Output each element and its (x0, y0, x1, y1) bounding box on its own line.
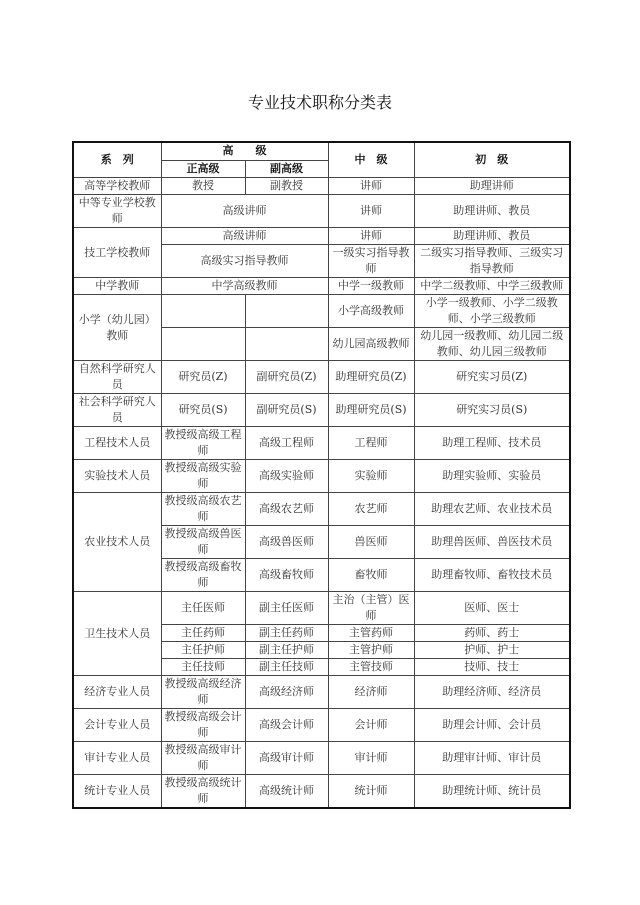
intermediate-cell: 审计师 (328, 742, 414, 775)
senior-deputy-cell: 高级实验师 (245, 460, 328, 493)
series-cell: 卫生技术人员 (73, 592, 161, 676)
series-cell: 中学教师 (73, 278, 161, 295)
table-row: 工程技术人员 教授级高级工程师 高级工程师 工程师 助理工程师、技术员 (73, 427, 570, 460)
header-row: 系 列 高 级 中 级 初 级 (73, 142, 570, 160)
table-row: 实验技术人员 教授级高级实验师 高级实验师 实验师 助理实验师、实验员 (73, 460, 570, 493)
series-cell: 会计专业人员 (73, 709, 161, 742)
senior-full-cell: 主任护师 (161, 642, 245, 659)
intermediate-cell: 统计师 (328, 775, 414, 809)
header-senior-full: 正高级 (161, 160, 245, 178)
document-title: 专业技术职称分类表 (0, 90, 640, 113)
junior-cell: 幼儿园一级教师、幼儿园二级教师、幼儿园三级教师 (414, 328, 570, 361)
junior-cell: 助理讲师、教员 (414, 195, 570, 228)
junior-cell: 中学二级教师、中学三级教师 (414, 278, 570, 295)
title-classification-table: 系 列 高 级 中 级 初 级 正高级 副高级 高等学校教师 教授 副教授 讲师… (72, 141, 571, 809)
intermediate-cell: 经济师 (328, 676, 414, 709)
series-cell: 统计专业人员 (73, 775, 161, 809)
intermediate-cell: 一级实习指导教师 (328, 245, 414, 278)
junior-cell: 护师、护士 (414, 642, 570, 659)
senior-full-cell: 教授级高级畜牧师 (161, 559, 245, 592)
intermediate-cell: 小学高级教师 (328, 295, 414, 328)
senior-deputy-cell: 高级会计师 (245, 709, 328, 742)
table-row: 高等学校教师 教授 副教授 讲师 助理讲师 (73, 178, 570, 195)
senior-deputy-cell: 高级工程师 (245, 427, 328, 460)
senior-full-cell: 研究员(Z) (161, 361, 245, 394)
series-cell: 小学（幼儿园）教师 (73, 295, 161, 361)
table-row: 自然科学研究人员 研究员(Z) 副研究员(Z) 助理研究员(Z) 研究实习员(Z… (73, 361, 570, 394)
senior-full-cell: 教授级高级农艺师 (161, 493, 245, 526)
header-series: 系 列 (73, 142, 161, 178)
intermediate-cell: 主管护师 (328, 642, 414, 659)
series-cell: 高等学校教师 (73, 178, 161, 195)
series-cell: 技工学校教师 (73, 228, 161, 278)
senior-full-cell: 教授级高级经济师 (161, 676, 245, 709)
senior-cell: 高级讲师 (161, 228, 328, 245)
intermediate-cell: 讲师 (328, 195, 414, 228)
senior-full-cell: 研究员(S) (161, 394, 245, 427)
header-junior: 初 级 (414, 142, 570, 178)
senior-deputy-cell: 高级经济师 (245, 676, 328, 709)
intermediate-cell: 主治（主管）医师 (328, 592, 414, 625)
junior-cell: 助理讲师 (414, 178, 570, 195)
senior-cell: 高级讲师 (161, 195, 328, 228)
senior-deputy-cell: 高级兽医师 (245, 526, 328, 559)
header-senior-deputy: 副高级 (245, 160, 328, 178)
series-cell: 中等专业学校教师 (73, 195, 161, 228)
senior-deputy-cell: 副教授 (245, 178, 328, 195)
intermediate-cell: 会计师 (328, 709, 414, 742)
table-row: 会计专业人员 教授级高级会计师 高级会计师 会计师 助理会计师、会计员 (73, 709, 570, 742)
senior-full-cell: 教授级高级兽医师 (161, 526, 245, 559)
junior-cell: 研究实习员(S) (414, 394, 570, 427)
table-row: 农业技术人员 教授级高级农艺师 高级农艺师 农艺师 助理农艺师、农业技术员 (73, 493, 570, 526)
intermediate-cell: 助理研究员(S) (328, 394, 414, 427)
intermediate-cell: 讲师 (328, 228, 414, 245)
senior-full-cell: 教授级高级工程师 (161, 427, 245, 460)
header-intermediate: 中 级 (328, 142, 414, 178)
junior-cell: 助理统计师、统计员 (414, 775, 570, 809)
series-cell: 自然科学研究人员 (73, 361, 161, 394)
junior-cell: 医师、医士 (414, 592, 570, 625)
senior-deputy-cell: 高级农艺师 (245, 493, 328, 526)
series-cell: 社会科学研究人员 (73, 394, 161, 427)
senior-deputy-cell: 副主任护师 (245, 642, 328, 659)
series-cell: 农业技术人员 (73, 493, 161, 592)
senior-deputy-cell: 副主任药师 (245, 625, 328, 642)
junior-cell: 助理讲师、教员 (414, 228, 570, 245)
table-row: 小学（幼儿园）教师 小学高级教师 小学一级教师、小学二级教师、小学三级教师 (73, 295, 570, 328)
intermediate-cell: 讲师 (328, 178, 414, 195)
junior-cell: 小学一级教师、小学二级教师、小学三级教师 (414, 295, 570, 328)
senior-full-cell: 教授级高级统计师 (161, 775, 245, 809)
intermediate-cell: 工程师 (328, 427, 414, 460)
junior-cell: 药师、药士 (414, 625, 570, 642)
junior-cell: 助理会计师、会计员 (414, 709, 570, 742)
table-row: 技工学校教师 高级讲师 讲师 助理讲师、教员 (73, 228, 570, 245)
senior-full-cell: 教授级高级实验师 (161, 460, 245, 493)
intermediate-cell: 中学一级教师 (328, 278, 414, 295)
intermediate-cell: 主管药师 (328, 625, 414, 642)
senior-deputy-cell: 高级畜牧师 (245, 559, 328, 592)
senior-full-cell: 主任药师 (161, 625, 245, 642)
senior-full-cell: 教授 (161, 178, 245, 195)
intermediate-cell: 助理研究员(Z) (328, 361, 414, 394)
junior-cell: 助理审计师、审计员 (414, 742, 570, 775)
senior-deputy-cell: 高级审计师 (245, 742, 328, 775)
table-row: 审计专业人员 教授级高级审计师 高级审计师 审计师 助理审计师、审计员 (73, 742, 570, 775)
junior-cell: 助理农艺师、农业技术员 (414, 493, 570, 526)
junior-cell: 助理实验师、实验员 (414, 460, 570, 493)
junior-cell: 助理兽医师、兽医技术员 (414, 526, 570, 559)
senior-deputy-cell (245, 295, 328, 328)
senior-deputy-cell (245, 328, 328, 361)
junior-cell: 助理畜牧师、畜牧技术员 (414, 559, 570, 592)
series-cell: 工程技术人员 (73, 427, 161, 460)
intermediate-cell: 兽医师 (328, 526, 414, 559)
table-row: 卫生技术人员 主任医师 副主任医师 主治（主管）医师 医师、医士 (73, 592, 570, 625)
table-row: 经济专业人员 教授级高级经济师 高级经济师 经济师 助理经济师、经济员 (73, 676, 570, 709)
senior-deputy-cell: 高级统计师 (245, 775, 328, 809)
table-row: 中等专业学校教师 高级讲师 讲师 助理讲师、教员 (73, 195, 570, 228)
senior-cell: 中学高级教师 (161, 278, 328, 295)
senior-full-cell: 教授级高级会计师 (161, 709, 245, 742)
intermediate-cell: 幼儿园高级教师 (328, 328, 414, 361)
senior-deputy-cell: 副主任技师 (245, 659, 328, 676)
junior-cell: 研究实习员(Z) (414, 361, 570, 394)
table-row: 中学教师 中学高级教师 中学一级教师 中学二级教师、中学三级教师 (73, 278, 570, 295)
senior-cell: 高级实习指导教师 (161, 245, 328, 278)
series-cell: 实验技术人员 (73, 460, 161, 493)
table-row: 统计专业人员 教授级高级统计师 高级统计师 统计师 助理统计师、统计员 (73, 775, 570, 809)
senior-deputy-cell: 副研究员(S) (245, 394, 328, 427)
intermediate-cell: 实验师 (328, 460, 414, 493)
intermediate-cell: 畜牧师 (328, 559, 414, 592)
junior-cell: 二级实习指导教师、三级实习指导教师 (414, 245, 570, 278)
junior-cell: 助理工程师、技术员 (414, 427, 570, 460)
senior-full-cell (161, 295, 245, 328)
senior-deputy-cell: 副主任医师 (245, 592, 328, 625)
senior-full-cell: 主任医师 (161, 592, 245, 625)
senior-full-cell: 主任技师 (161, 659, 245, 676)
header-senior: 高 级 (161, 142, 328, 160)
senior-full-cell (161, 328, 245, 361)
table-row: 社会科学研究人员 研究员(S) 副研究员(S) 助理研究员(S) 研究实习员(S… (73, 394, 570, 427)
intermediate-cell: 农艺师 (328, 493, 414, 526)
series-cell: 审计专业人员 (73, 742, 161, 775)
senior-deputy-cell: 副研究员(Z) (245, 361, 328, 394)
junior-cell: 技师、技士 (414, 659, 570, 676)
series-cell: 经济专业人员 (73, 676, 161, 709)
intermediate-cell: 主管技师 (328, 659, 414, 676)
senior-full-cell: 教授级高级审计师 (161, 742, 245, 775)
junior-cell: 助理经济师、经济员 (414, 676, 570, 709)
